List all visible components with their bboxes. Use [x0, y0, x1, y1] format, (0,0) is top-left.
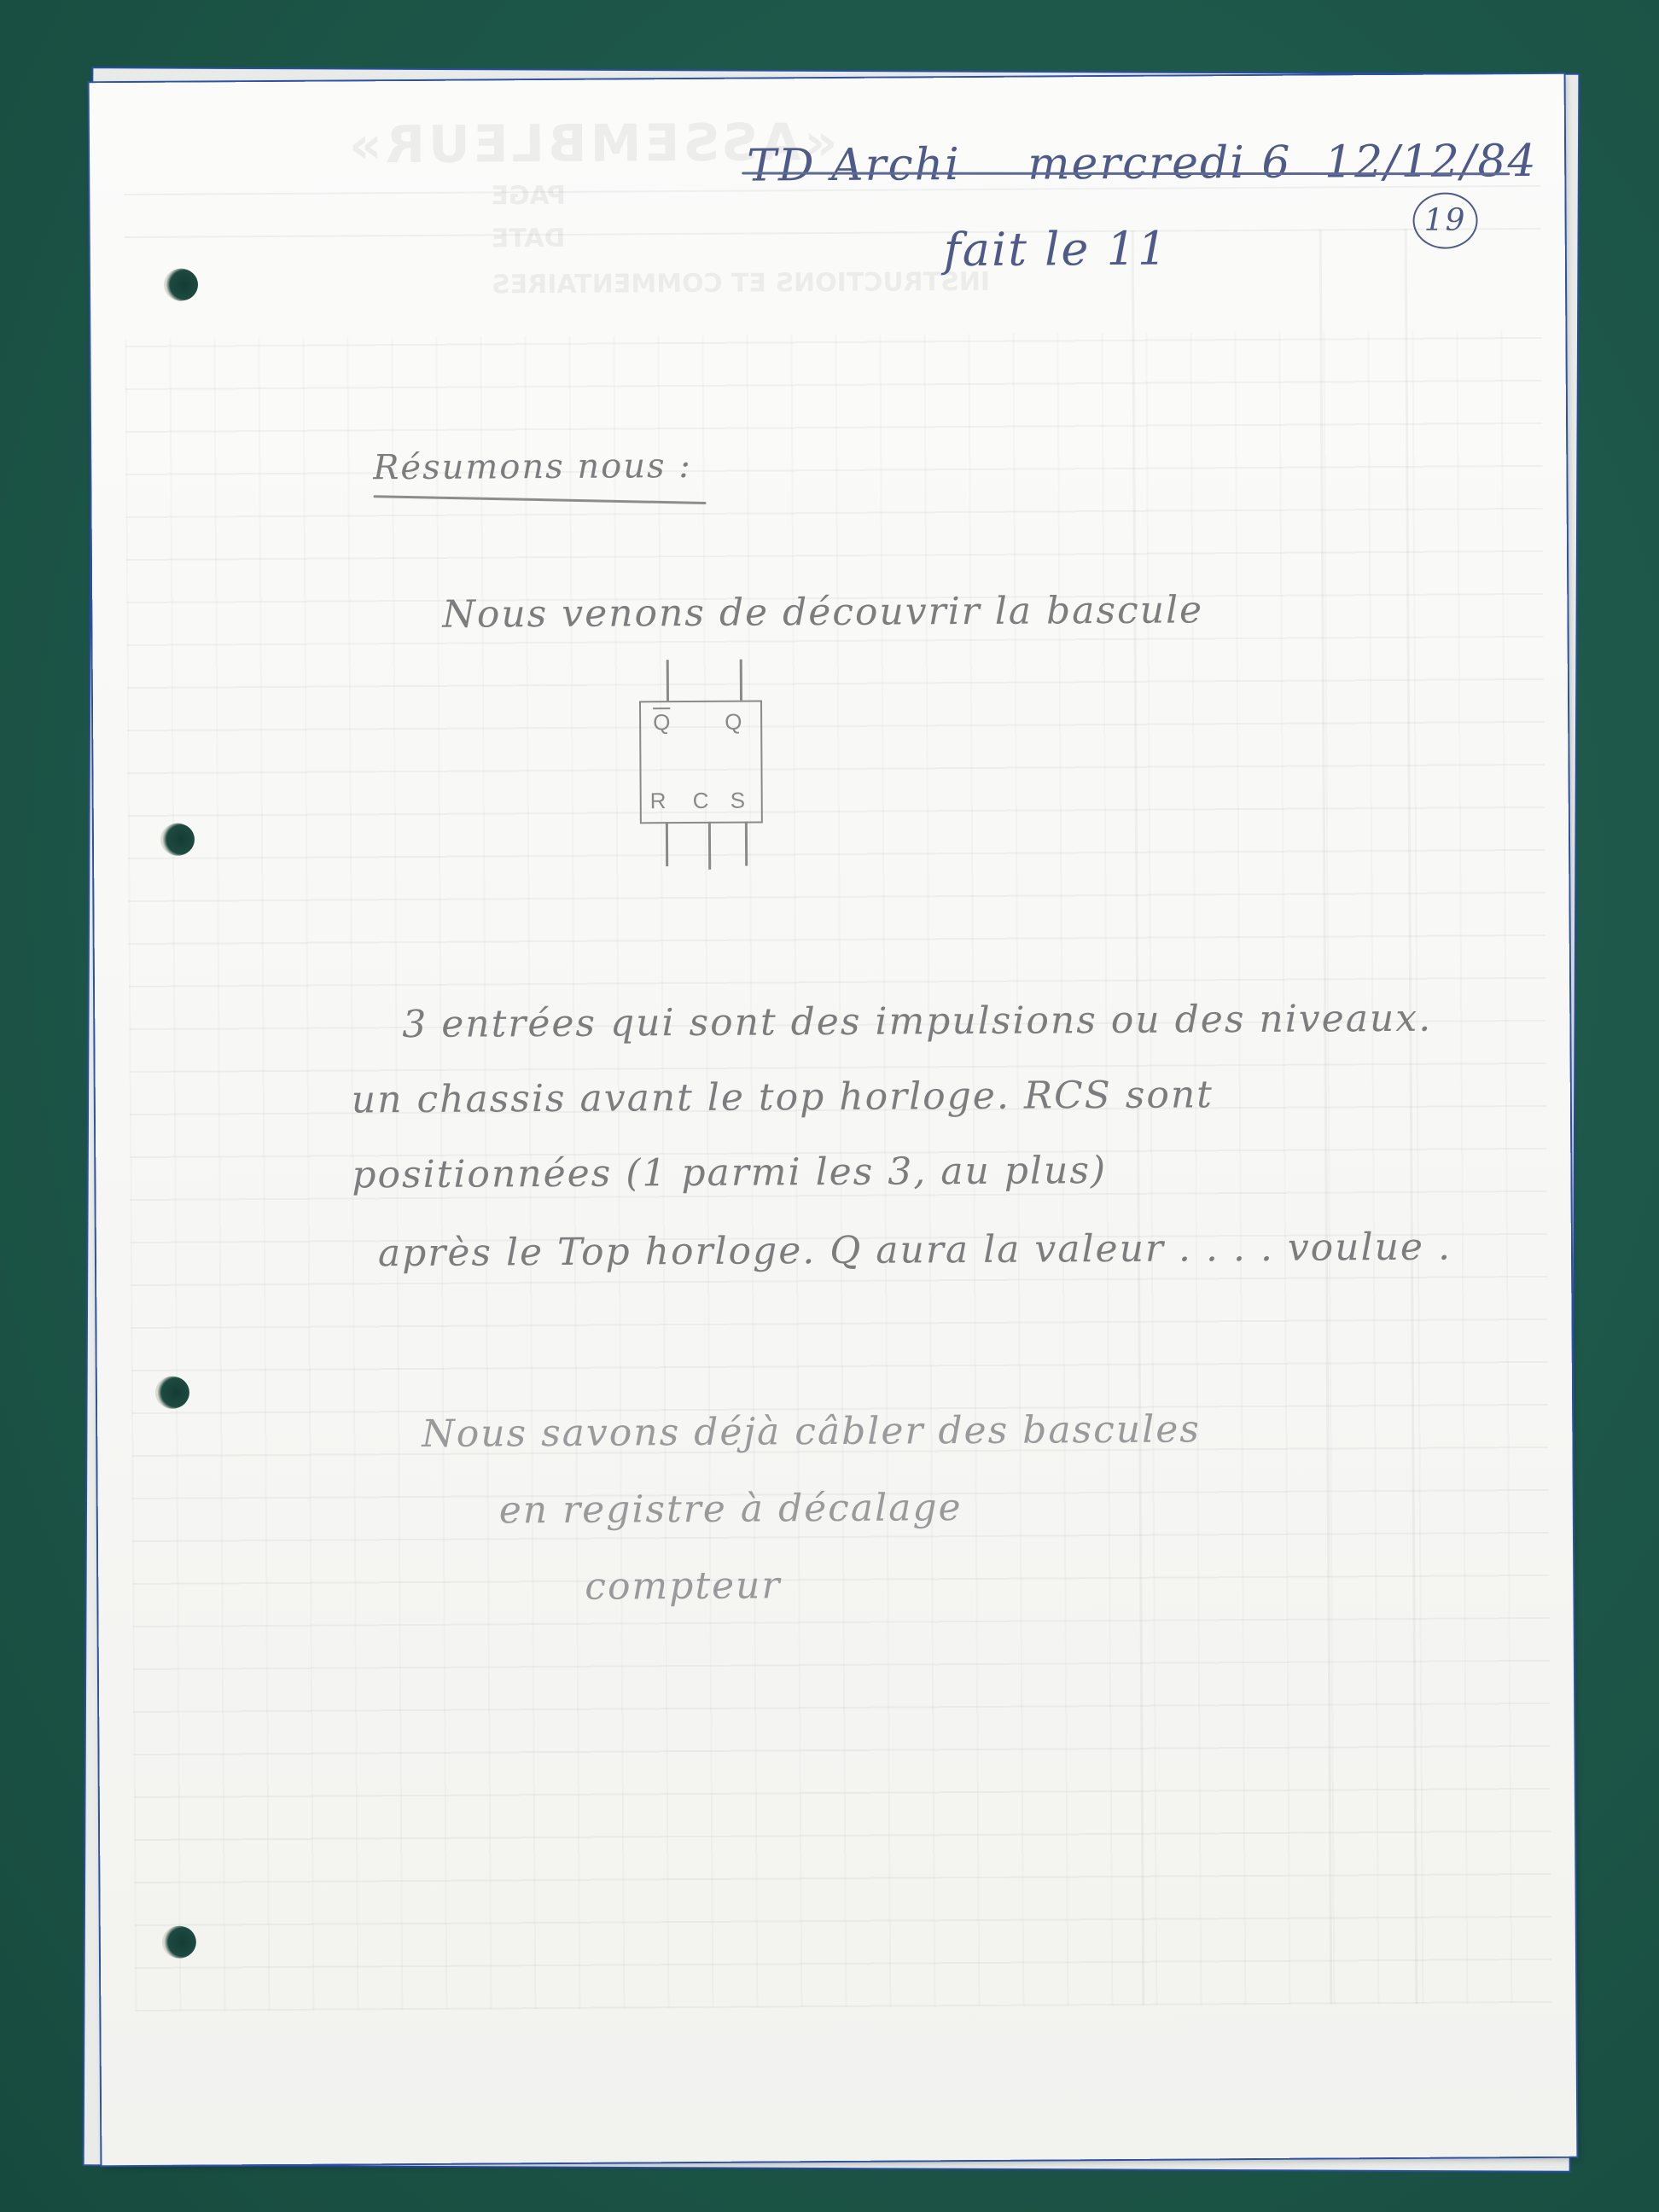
punch-hole: [162, 1926, 196, 1959]
input-pin-r: [666, 822, 668, 866]
paragraph-line: positionnées (1 parmi les 3, au plus): [352, 1149, 1107, 1196]
flip-flop-box: Q Q R C S: [639, 700, 763, 824]
label-c: C: [693, 788, 709, 814]
paragraph-line: 3 entrées qui sont des impulsions ou des…: [402, 997, 1432, 1046]
reverse-form-label-page: PAGE: [491, 181, 566, 212]
paragraph-line: après le Top horloge. Q aura la valeur .…: [378, 1225, 1452, 1276]
paragraph-line: un chassis avant le top horloge. RCS son…: [352, 1073, 1214, 1121]
footer-line: en registre à décalage: [499, 1486, 963, 1532]
header-date: 12/12/84: [1324, 136, 1538, 189]
intro-line: Nous venons de découvrir la bascule: [442, 588, 1203, 636]
input-pin-s: [745, 822, 748, 866]
header-day: mercredi 6: [1027, 137, 1292, 190]
reverse-form-rule: [125, 228, 1541, 238]
punch-hole: [155, 1377, 189, 1409]
section-title: Résumons nous :: [373, 446, 692, 487]
label-s: S: [731, 788, 746, 814]
label-qbar: Q: [653, 709, 670, 736]
label-q: Q: [725, 709, 742, 736]
footer-line: Nous savons déjà câbler des bascules: [422, 1407, 1201, 1456]
reverse-form-column-header: INSTRUCTIONS ET COMMENTAIRES: [492, 267, 990, 300]
punch-hole: [164, 269, 198, 301]
footer-line: compteur: [585, 1563, 781, 1608]
reverse-form-label-date: DATE: [492, 224, 566, 254]
header-note: fait le 11: [944, 222, 1169, 277]
page-number: 19: [1412, 192, 1477, 248]
label-r: R: [650, 788, 667, 814]
output-pin-qbar: [667, 660, 669, 701]
punch-hole: [160, 824, 195, 856]
output-pin-q: [740, 660, 742, 701]
header-course-date: TD Archi mercredi 6 12/12/84: [747, 136, 1538, 192]
input-pin-c: [708, 822, 711, 870]
paper-sheet: «ASSEMBLEUR» PAGE DATE INSTRUCTIONS ET C…: [90, 74, 1577, 2166]
header-course: TD Archi: [747, 139, 961, 192]
